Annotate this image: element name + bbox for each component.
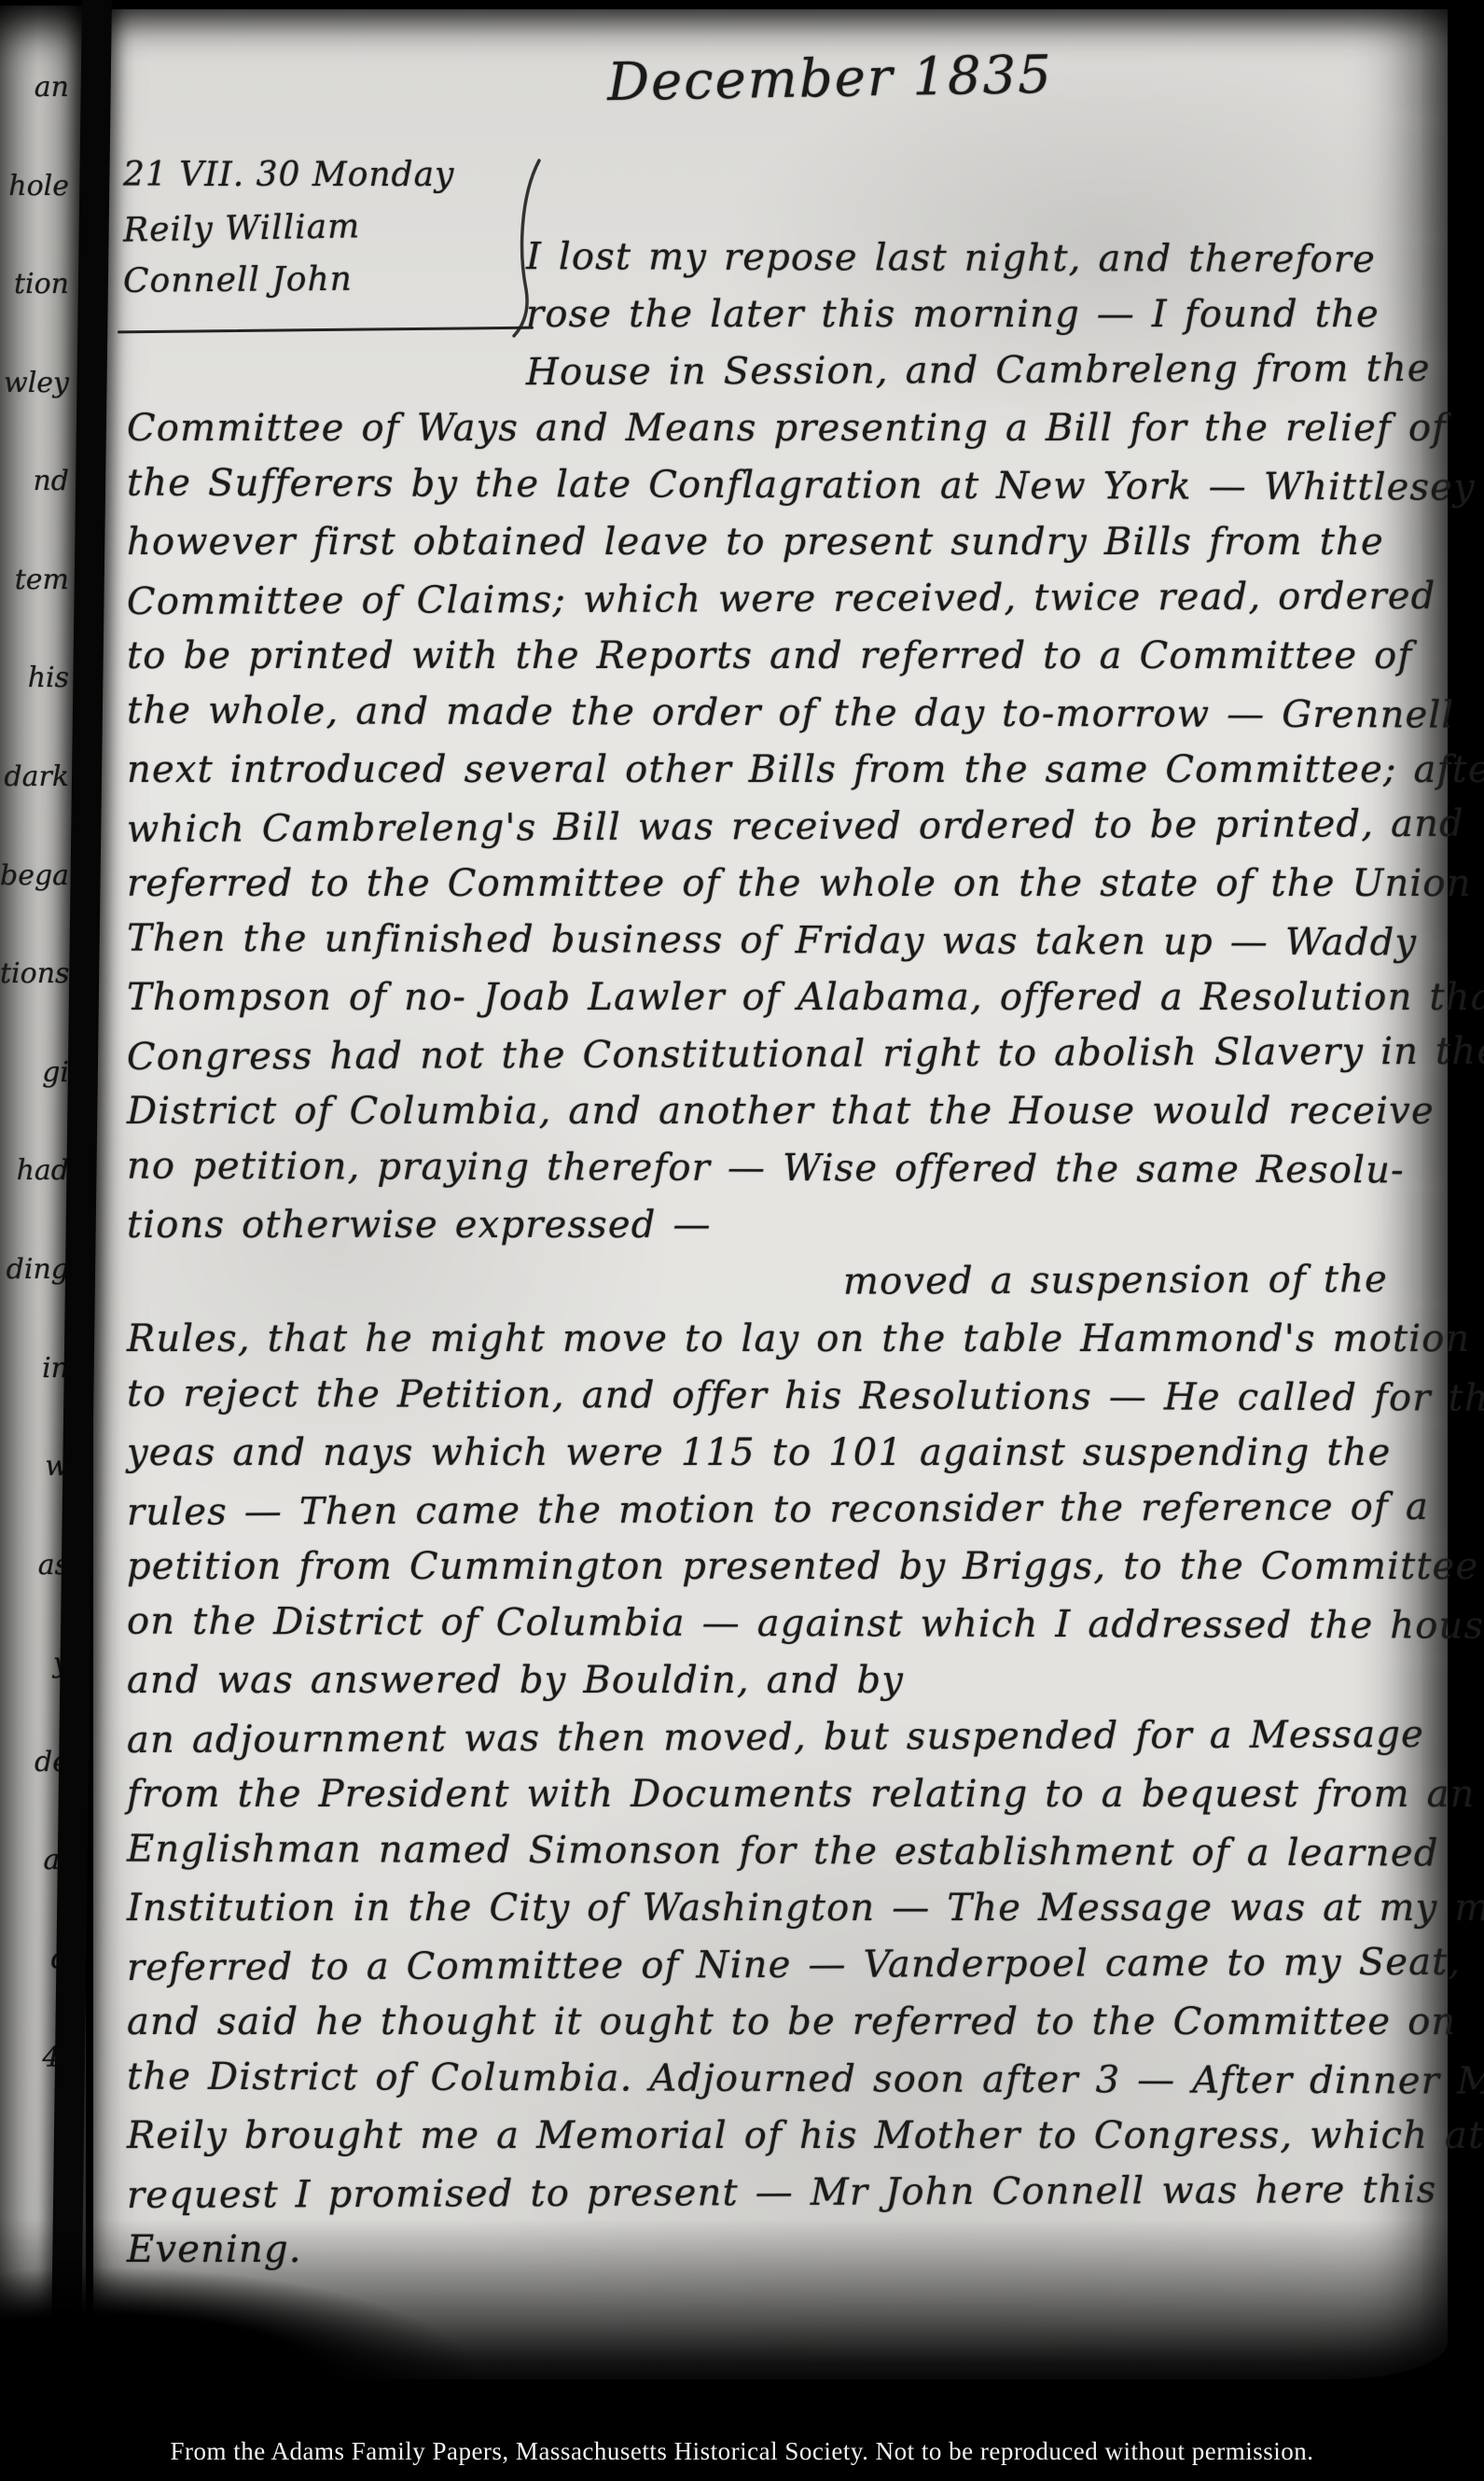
entry-line: from the President with Documents relati…	[127, 1766, 1418, 1823]
entry-line: on the District of Columbia — against wh…	[127, 1594, 1418, 1655]
prev-page-text-fragment: wley	[0, 367, 86, 399]
archive-credit-caption: From the Adams Family Papers, Massachuse…	[0, 2437, 1484, 2466]
entry-month-heading: December 1835	[531, 43, 1129, 114]
entry-line: District of Columbia, and another that t…	[127, 1083, 1418, 1140]
entry-line: Congress had not the Constitutional righ…	[127, 1024, 1418, 1086]
prev-page-text-fragment: tion	[0, 268, 86, 300]
entry-line: referred to the Committee of the whole o…	[127, 856, 1418, 913]
entry-line: moved a suspension of the	[127, 1251, 1418, 1314]
entry-line: Committee of Claims; which were received…	[127, 568, 1418, 631]
entry-line: and said he thought it ought to be refer…	[127, 1994, 1418, 2051]
entry-line: however first obtained leave to present …	[127, 514, 1418, 571]
entry-line: next introduced several other Bills from…	[127, 742, 1418, 799]
entry-line: House in Session, and Cambreleng from th…	[127, 341, 1418, 403]
entry-line: to be printed with the Reports and refer…	[127, 628, 1418, 685]
entry-line: and was answered by Bouldin, and by	[127, 1652, 1418, 1709]
entry-line: request I promised to present — Mr John …	[127, 2162, 1418, 2224]
entry-line: Reily brought me a Memorial of his Mothe…	[127, 2108, 1418, 2165]
entry-line: Rules, that he might move to lay on the …	[127, 1311, 1418, 1368]
entry-line: Thompson of no- Joab Lawler of Alabama, …	[127, 969, 1418, 1026]
prev-page-text-fragment: tem	[0, 564, 86, 596]
entry-line: rose the later this morning — I found th…	[127, 286, 1418, 343]
entry-line: the District of Columbia. Adjourned soon…	[127, 2049, 1418, 2111]
scanned-diary-photo: anholetionwleyndtemhisdarkbegantionsgiha…	[0, 0, 1484, 2481]
margin-date-line: 21 VII. 30 Monday	[123, 149, 515, 202]
entry-line: yeas and nays which were 115 to 101 agai…	[127, 1425, 1418, 1482]
prev-page-text-fragment: nd	[0, 465, 86, 497]
diary-page: December 1835 21 VII. 30 Monday Reily Wi…	[93, 9, 1448, 2379]
entry-line: petition from Cummington presented by Br…	[127, 1539, 1418, 1596]
entry-line: Institution in the City of Washington — …	[127, 1880, 1418, 1937]
entry-line: to reject the Petition, and offer his Re…	[127, 1366, 1418, 1428]
entry-line: an adjournment was then moved, but suspe…	[127, 1707, 1418, 1769]
entry-line: Then the unfinished business of Friday w…	[127, 911, 1418, 972]
entry-line: the whole, and made the order of the day…	[127, 683, 1418, 745]
entry-line: I lost my repose last night, and therefo…	[127, 228, 1418, 289]
entry-line: Committee of Ways and Means presenting a…	[127, 400, 1418, 457]
entry-line: referred to a Committee of Nine — Vander…	[127, 1934, 1418, 1997]
entry-line: Englishman named Simonson for the establ…	[127, 1821, 1418, 1883]
entry-line: tions otherwise expressed —	[127, 1197, 1418, 1254]
entry-line: rules — Then came the motion to reconsid…	[127, 1479, 1418, 1541]
entry-line: the Sufferers by the late Conflagration …	[127, 455, 1418, 517]
prev-page-text-fragment: hole	[0, 170, 86, 202]
entry-body: I lost my repose last night, and therefo…	[127, 230, 1418, 2279]
prev-page-text-fragment: an	[0, 71, 86, 104]
entry-line: no petition, praying therefor — Wise off…	[127, 1138, 1418, 1200]
entry-line: which Cambreleng's Bill was received ord…	[127, 796, 1418, 858]
